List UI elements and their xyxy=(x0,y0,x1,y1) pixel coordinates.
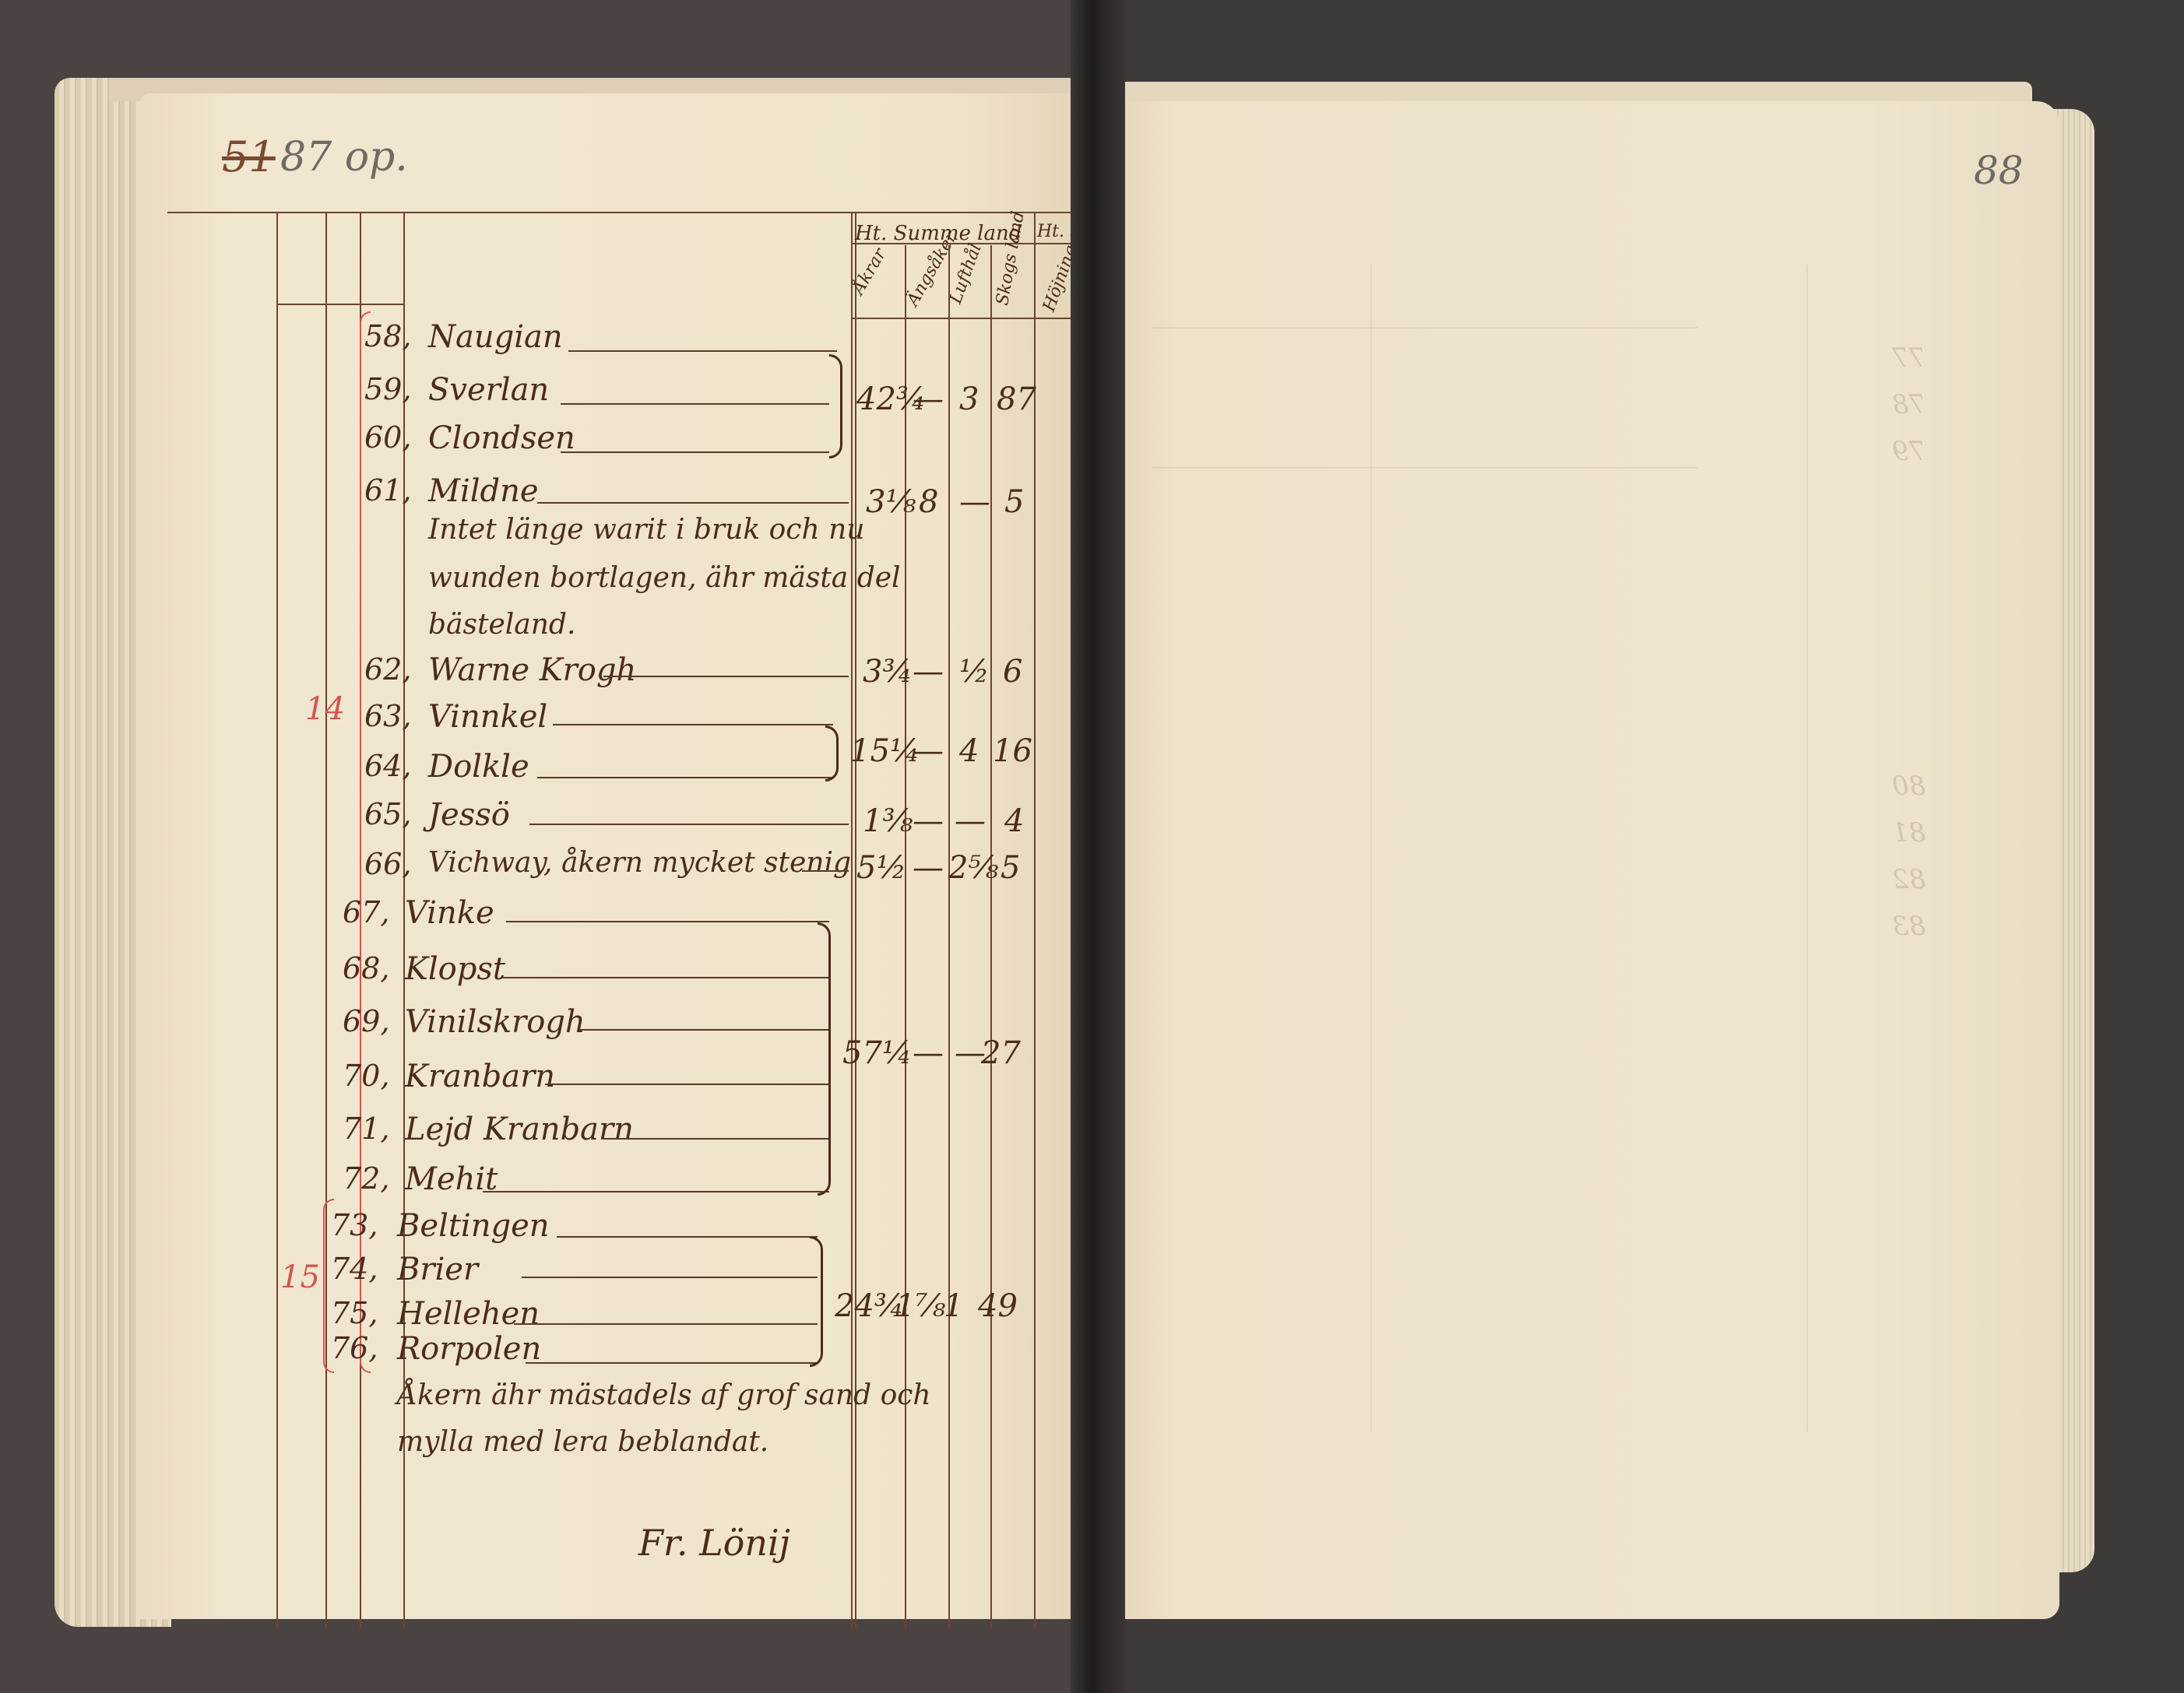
value-c4: 27 xyxy=(981,1035,1021,1071)
entry-rule xyxy=(568,350,837,352)
closing-note-line: Åkern ähr mästadels af grof sand och xyxy=(397,1379,931,1411)
value-c4: 49 xyxy=(978,1288,1018,1324)
bracket-73-76 xyxy=(810,1236,823,1367)
page-number: 88 xyxy=(1974,148,2024,193)
entry-rule xyxy=(483,1191,829,1192)
bleed-row-number: 81 xyxy=(1892,817,1926,848)
value-c3: — xyxy=(955,803,986,839)
entry-number: 59, xyxy=(364,372,411,406)
entry-number: 62, xyxy=(364,652,411,687)
entry-rule xyxy=(526,1362,818,1364)
entry-rule xyxy=(522,1277,818,1278)
bracket-58-60 xyxy=(829,354,842,458)
entry-name: Lejd Kranbarn xyxy=(405,1112,634,1147)
value-c2: — xyxy=(913,803,944,839)
bleed-row-number: 80 xyxy=(1892,771,1926,802)
closing-note-line: mylla med lera beblandat. xyxy=(397,1426,768,1458)
entry-number: 65, xyxy=(364,797,411,831)
bleed-row-number: 82 xyxy=(1892,864,1926,895)
value-c4: 4 xyxy=(1004,803,1024,839)
entry-number: 68, xyxy=(343,951,389,985)
value-c1: 3¾ xyxy=(863,654,913,690)
entry-number: 71, xyxy=(343,1112,389,1146)
bleed-row-number: 79 xyxy=(1892,436,1926,467)
entry-name: Vinnkel xyxy=(428,699,547,735)
group-marker-14: 14 xyxy=(305,691,345,727)
entry-rule xyxy=(802,870,849,872)
value-c2: — xyxy=(913,654,944,690)
value-col-rule-1 xyxy=(851,212,853,1628)
folio-crossed-number: 51 xyxy=(222,132,276,181)
entry-name: Clondsen xyxy=(428,420,575,456)
signature: Fr. Lönij xyxy=(638,1522,790,1564)
note-line: bästeland. xyxy=(428,609,575,641)
entry-number: 64, xyxy=(364,749,411,783)
value-c2: — xyxy=(913,1035,944,1071)
entry-name: Dolkle xyxy=(428,749,529,785)
value-c1: 5½ xyxy=(856,850,906,886)
col-rule-1 xyxy=(276,212,278,1628)
value-c4: 5 xyxy=(1004,484,1024,520)
entry-name: Naugian xyxy=(428,319,563,355)
value-c3: ½ xyxy=(959,654,990,690)
entry-number: 69, xyxy=(343,1004,389,1038)
entry-rule xyxy=(557,1236,818,1238)
value-c2: — xyxy=(913,381,944,417)
entry-name: Mildne xyxy=(428,473,539,509)
right-page xyxy=(1098,101,2059,1619)
value-col-rule-2 xyxy=(905,245,906,1628)
entry-rule xyxy=(603,1138,829,1140)
entry-rule xyxy=(603,676,849,677)
value-col-rule-4 xyxy=(990,245,992,1628)
entry-number: 67, xyxy=(343,895,389,929)
entry-number: 76, xyxy=(331,1331,378,1365)
group-marker-15: 15 xyxy=(280,1259,320,1295)
header-bottom-rule xyxy=(851,318,1085,319)
entry-number: 75, xyxy=(331,1296,378,1330)
entry-rule xyxy=(537,502,849,504)
col-rule-2 xyxy=(325,212,327,1628)
entry-number: 70, xyxy=(343,1059,389,1093)
value-col-rule-3 xyxy=(948,245,950,1628)
entry-name: Vinilskrogh xyxy=(405,1004,586,1040)
entry-rule xyxy=(537,777,833,778)
left-margin-rule xyxy=(276,304,405,305)
book-spine xyxy=(1071,0,1125,1693)
value-c3: 4 xyxy=(959,733,979,769)
value-c2: 8 xyxy=(919,484,938,520)
value-c3: 2⅝ xyxy=(948,850,998,886)
entry-name: Rorpolen xyxy=(397,1331,541,1367)
value-c2: 1⅞ xyxy=(895,1288,945,1324)
bleed-row-number: 78 xyxy=(1892,389,1926,420)
bleed-rule xyxy=(1152,327,1697,328)
entry-rule xyxy=(561,451,829,453)
value-c1: 57¼ xyxy=(842,1035,913,1071)
entry-number: 63, xyxy=(364,699,411,733)
bleed-rule xyxy=(1152,467,1697,469)
bracket-67-72 xyxy=(818,922,831,1196)
entry-number: 74, xyxy=(331,1252,378,1286)
entry-rule xyxy=(502,977,829,978)
value-c3: — xyxy=(959,484,990,520)
bleed-row-number: 83 xyxy=(1892,911,1926,942)
value-c2: — xyxy=(913,733,944,769)
value-col-rule-1b xyxy=(855,212,856,1628)
entry-rule xyxy=(561,403,829,405)
value-c4: 5 xyxy=(1001,850,1020,886)
note-line: Intet länge warit i bruk och nu xyxy=(428,514,864,546)
entry-number: 66, xyxy=(364,847,411,881)
entry-number: 72, xyxy=(343,1161,389,1196)
bleed-col-rule xyxy=(1806,265,1808,1432)
entry-name: Jessö xyxy=(428,797,510,833)
entry-name: Sverlan xyxy=(428,372,549,408)
entry-name: Vinke xyxy=(405,895,494,931)
entry-name: Klopst xyxy=(405,951,505,987)
bracket-63-64 xyxy=(825,725,839,782)
entry-rule xyxy=(506,921,829,922)
value-col-rule-5 xyxy=(1034,212,1036,1628)
bleed-row-number: 77 xyxy=(1892,342,1926,374)
entry-rule xyxy=(545,1084,829,1085)
entry-rule xyxy=(553,724,833,725)
entry-rule xyxy=(580,1029,829,1031)
value-c2: — xyxy=(913,850,944,886)
entry-rule xyxy=(529,824,849,825)
value-c4: 6 xyxy=(1003,654,1022,690)
value-c1: 3⅛ xyxy=(866,484,916,520)
value-c3: 1 xyxy=(944,1288,963,1324)
entry-number: 61, xyxy=(364,473,411,508)
entry-name: Hellehen xyxy=(397,1296,540,1332)
value-c4: 16 xyxy=(993,733,1032,769)
entry-name: Warne Krogh xyxy=(428,652,636,688)
entry-name: Vichway, åkern mycket stenig xyxy=(428,847,851,879)
entry-name: Kranbarn xyxy=(405,1059,555,1094)
value-c3: 3 xyxy=(959,381,979,417)
value-c1: 24¾ xyxy=(835,1288,905,1324)
entry-rule xyxy=(514,1323,818,1325)
folio-pencil-note: 87 op. xyxy=(280,134,408,181)
entry-number: 73, xyxy=(331,1208,378,1242)
bleed-col-rule xyxy=(1370,265,1372,1432)
entry-number: 58, xyxy=(364,319,411,353)
value-c1: 1⅜ xyxy=(863,803,913,839)
value-c4: 87 xyxy=(997,381,1036,417)
entry-name: Brier xyxy=(397,1252,478,1287)
value-c1: 15¼ xyxy=(850,733,920,769)
entry-name: Beltingen xyxy=(397,1208,550,1244)
note-line: wunden bortlagen, ähr mästa del xyxy=(428,562,901,594)
table-top-rule xyxy=(167,212,1102,213)
entry-number: 60, xyxy=(364,420,411,455)
